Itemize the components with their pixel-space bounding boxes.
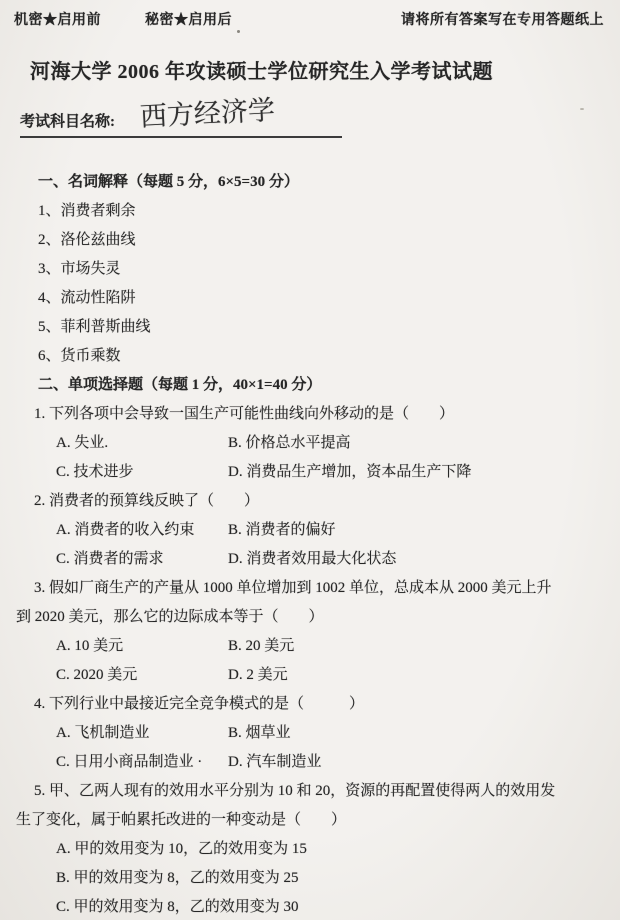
option-d: D. 消费者效用最大化状态 [228,545,396,574]
option-b: B. 烟草业 [228,719,291,748]
question-4-options-row: C. 日用小商品制造业 · D. 汽车制造业 [0,748,620,777]
exam-body: 一、名词解释（每题 5 分，6×5=30 分） 1、消费者剩余 2、洛伦兹曲线 … [0,168,620,920]
option-d: D. 2 美元 [228,661,288,690]
option-c: C. 消费者的需求 [56,545,228,574]
subject-name-label: 考试科目名称: [20,110,115,136]
option-b: B. 价格总水平提高 [228,429,351,458]
classified-after-label: 秘密★启用后 [145,9,232,29]
question-1-options-row: C. 技术进步 D. 消费品生产增加，资本品生产下降 [0,458,620,487]
question-5-option-b: B. 甲的效用变为 8，乙的效用变为 25 [0,864,620,893]
question-5-stem-line1: 5. 甲、乙两人现有的效用水平分别为 10 和 20，资源的再配置使得两人的效用… [0,777,620,806]
option-a: A. 飞机制造业 [56,719,228,748]
scan-speck [580,108,584,110]
classified-before-label: 机密★启用前 [14,9,101,29]
question-3-stem-line1: 3. 假如厂商生产的产量从 1000 单位增加到 1002 单位，总成本从 20… [0,574,620,603]
section2-heading: 二、单项选择题（每题 1 分，40×1=40 分） [0,371,620,400]
option-d: D. 汽车制造业 [228,748,321,777]
option-c: C. 日用小商品制造业 · [56,748,228,777]
question-4-stem: 4. 下列行业中最接近完全竞争模式的是（ ） [0,690,620,719]
option-a: A. 失业. [56,429,228,458]
term-item: 4、流动性陷阱 [0,284,620,313]
exam-paper-page: 机密★启用前 秘密★启用后 请将所有答案写在专用答题纸上 河海大学 2006 年… [0,0,620,920]
answer-sheet-instruction: 请将所有答案写在专用答题纸上 [401,9,604,29]
question-2-options-row: C. 消费者的需求 D. 消费者效用最大化状态 [0,545,620,574]
question-3-options-row: A. 10 美元 B. 20 美元 [0,632,620,661]
question-3-stem-line2: 到 2020 美元，那么它的边际成本等于（ ） [0,603,620,632]
option-c: C. 技术进步 [56,458,228,487]
term-item: 5、菲利普斯曲线 [0,313,620,342]
question-2-stem: 2. 消费者的预算线反映了（ ） [0,487,620,516]
question-5-option-c: C. 甲的效用变为 8，乙的效用变为 30 [0,893,620,920]
term-item: 3、市场失灵 [0,255,620,284]
term-item: 2、洛伦兹曲线 [0,226,620,255]
question-1-options-row: A. 失业. B. 价格总水平提高 [0,429,620,458]
section1-heading: 一、名词解释（每题 5 分，6×5=30 分） [0,168,620,197]
subject-name-row: 考试科目名称: 西方经济学 [20,94,342,138]
option-c: C. 2020 美元 [56,661,228,690]
question-3-options-row: C. 2020 美元 D. 2 美元 [0,661,620,690]
term-item: 6、货币乘数 [0,342,620,371]
option-b: B. 消费者的偏好 [228,516,336,545]
page-title: 河海大学 2006 年攻读硕士学位研究生入学考试试题 [0,55,620,84]
scan-speck [237,30,240,33]
option-b: B. 20 美元 [228,632,294,661]
question-5-option-a: A. 甲的效用变为 10，乙的效用变为 15 [0,835,620,864]
question-4-options-row: A. 飞机制造业 B. 烟草业 [0,719,620,748]
option-a: A. 消费者的收入约束 [56,516,228,545]
security-header: 机密★启用前 秘密★启用后 请将所有答案写在专用答题纸上 [0,0,620,29]
subject-name-handwritten-value: 西方经济学 [139,88,276,136]
question-5-stem-line2: 生了变化，属于帕累托改进的一种变动是（ ） [0,806,620,835]
option-a: A. 10 美元 [56,632,228,661]
question-1-stem: 1. 下列各项中会导致一国生产可能性曲线向外移动的是（ ） [0,400,620,429]
term-item: 1、消费者剩余 [0,197,620,226]
option-d: D. 消费品生产增加，资本品生产下降 [228,458,471,487]
question-2-options-row: A. 消费者的收入约束 B. 消费者的偏好 [0,516,620,545]
